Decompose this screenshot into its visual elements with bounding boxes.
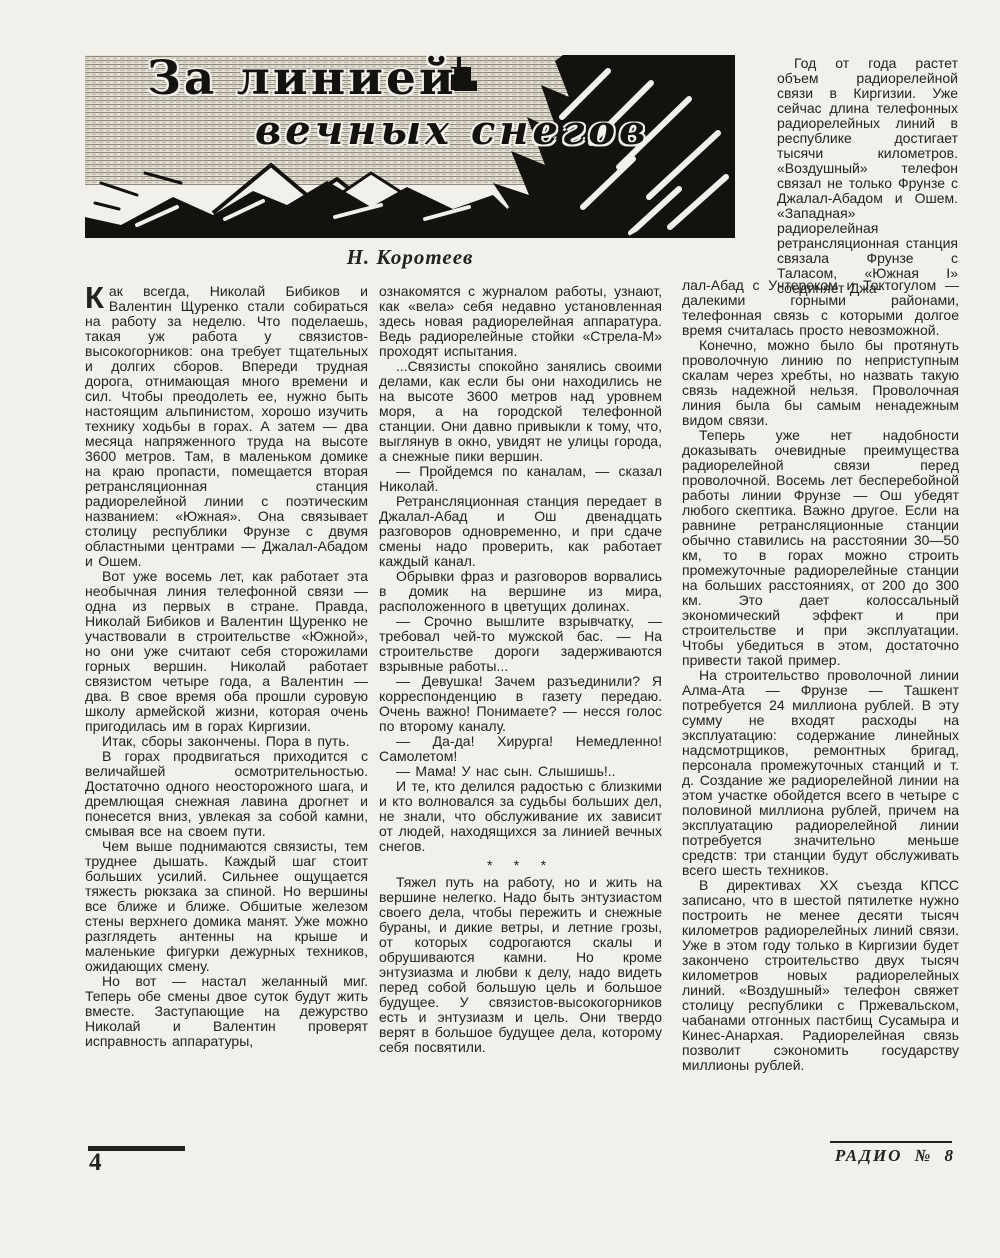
paragraph: Обрывки фраз и разговоров ворвались в до…: [379, 569, 662, 614]
article-title-line2: вечных снегов: [255, 107, 649, 154]
section-separator: * * *: [379, 854, 662, 875]
article-column-2: ознакомятся с журналом работы, узнают, к…: [379, 284, 662, 1055]
author-byline: Н. Коротеев: [85, 245, 735, 270]
sidebar-column: лал-Абад с Учтереком и Токтогулом — дале…: [682, 278, 959, 1073]
drop-cap: К: [85, 284, 109, 310]
paragraph: В директивах XX съезда КПСС записано, чт…: [682, 878, 959, 1073]
paragraph: На строительство проволочной линии Алма-…: [682, 668, 959, 878]
paragraph: Чем выше поднимаются связисты, тем трудн…: [85, 839, 368, 974]
paragraph: Год от года растет объем радиорелейной с…: [777, 56, 958, 296]
paragraph: В горах продвигаться приходится с велича…: [85, 749, 368, 839]
paragraph: — Мама! У нас сын. Слышишь!..: [379, 764, 662, 779]
page-number: 4: [89, 1149, 102, 1177]
sidebar-intro-column: Год от года растет объем радиорелейной с…: [777, 56, 958, 296]
paragraph: ознакомятся с журналом работы, узнают, к…: [379, 284, 662, 359]
paragraph: — Да-да! Хирурга! Немедленно! Самолетом!: [379, 734, 662, 764]
paragraph: Итак, сборы закончены. Пора в путь.: [85, 734, 368, 749]
paragraph: ...Связисты спокойно занялись своими дел…: [379, 359, 662, 464]
paragraph: Но вот — настал желанный миг. Теперь обе…: [85, 974, 368, 1049]
article-column-1: Как всегда, Николай Бибиков и Валентин Щ…: [85, 284, 368, 1049]
paragraph: — Пройдемся по каналам, — сказал Николай…: [379, 464, 662, 494]
paragraph: И те, кто делился радостью с близкими и …: [379, 779, 662, 854]
paragraph: Конечно, можно было бы протянуть проволо…: [682, 338, 959, 428]
paragraph: — Срочно вышлите взрывчатку, — требовал …: [379, 614, 662, 674]
magazine-footer-label: РАДИО № 8: [815, 1146, 955, 1166]
paragraph: Как всегда, Николай Бибиков и Валентин Щ…: [85, 284, 368, 569]
paragraph: Ретрансляционная станция передает в Джал…: [379, 494, 662, 569]
paragraph: лал-Абад с Учтереком и Токтогулом — дале…: [682, 278, 959, 338]
page-number-rule: [88, 1146, 185, 1151]
magazine-footer-rule: [830, 1141, 952, 1143]
magazine-page-scan: За линией вечных снегов Н. Коротеев Как …: [0, 0, 1000, 1258]
header-illustration: За линией вечных снегов: [85, 55, 735, 238]
paragraph: — Девушка! Зачем разъединили? Я корреспо…: [379, 674, 662, 734]
paragraph: Вот уже восемь лет, как работает эта нео…: [85, 569, 368, 734]
paragraph: Тяжел путь на работу, но и жить на верши…: [379, 875, 662, 1055]
article-title-line1: За линией: [147, 51, 457, 106]
paragraph: Теперь уже нет надобности доказывать оче…: [682, 428, 959, 668]
